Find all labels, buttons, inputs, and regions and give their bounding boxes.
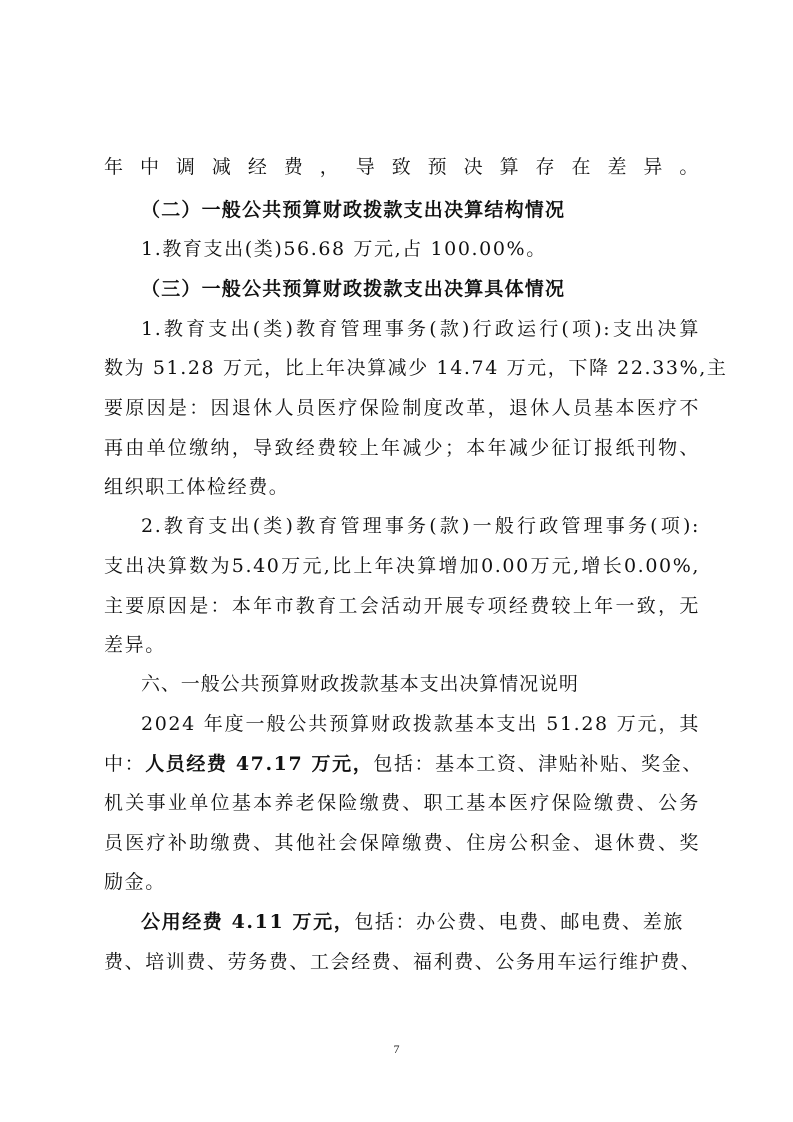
paragraph-line: 机关事业单位基本养老保险缴费、职工基本医疗保险缴费、公务 [104, 791, 700, 815]
text-suffix: 包括：办公费、电费、邮电费、差旅 [354, 911, 684, 933]
text-suffix: 包括：基本工资、津贴补贴、奖金、 [373, 753, 703, 775]
paragraph-continuation: 年中调减经费，导致预决算存在差异。 [104, 155, 700, 179]
paragraph-line: 支出决算数为5.40万元,比上年决算增加0.00万元,增长0.00%, [104, 554, 700, 578]
document-page: 年中调减经费，导致预决算存在差异。 （二）一般公共预算财政拨款支出决算结构情况 … [0, 0, 793, 1122]
paragraph-line: 2.教育支出(类)教育管理事务(款)一般行政管理事务(项): [141, 514, 700, 538]
paragraph-line: 数为 51.28 万元，比上年决算减少 14.74 万元，下降 22.33%,主 [104, 356, 700, 380]
paragraph-line: 2024 年度一般公共预算财政拨款基本支出 51.28 万元，其 [141, 712, 700, 736]
section-heading-structure: （二）一般公共预算财政拨款支出决算结构情况 [141, 198, 700, 222]
paragraph-line: 1.教育支出(类)教育管理事务(款)行政运行(项):支出决算 [141, 317, 700, 341]
paragraph-line: 要原因是：因退休人员医疗保险制度改革，退休人员基本医疗不 [104, 396, 700, 420]
paragraph-line: 主要原因是：本年市教育工会活动开展专项经费较上年一致，无 [104, 594, 700, 618]
paragraph-line-personnel: 中：人员经费 47.17 万元，包括：基本工资、津贴补贴、奖金、 [104, 752, 700, 776]
paragraph-line: 差异。 [104, 633, 700, 657]
public-expense-highlight: 公用经费 4.11 万元， [141, 911, 354, 933]
list-item-education-total: 1.教育支出(类)56.68 万元,占 100.00%。 [141, 237, 700, 261]
section-heading-basic-expenditure: 六、一般公共预算财政拨款基本支出决算情况说明 [141, 672, 700, 696]
personnel-expense-highlight: 人员经费 47.17 万元， [145, 753, 373, 775]
paragraph-line: 再由单位缴纳，导致经费较上年减少；本年减少征订报纸刊物、 [104, 436, 700, 460]
section-heading-details: （三）一般公共预算财政拨款支出决算具体情况 [141, 277, 700, 301]
paragraph-line: 员医疗补助缴费、其他社会保障缴费、住房公积金、退休费、奖 [104, 831, 700, 855]
paragraph-line: 组织职工体检经费。 [104, 475, 700, 499]
text-prefix: 中： [104, 753, 145, 775]
paragraph-line: 励金。 [104, 870, 700, 894]
paragraph-line: 费、培训费、劳务费、工会经费、福利费、公务用车运行维护费、 [104, 950, 700, 974]
paragraph-line-public: 公用经费 4.11 万元，包括：办公费、电费、邮电费、差旅 [141, 910, 700, 934]
page-number: 7 [0, 1042, 793, 1057]
